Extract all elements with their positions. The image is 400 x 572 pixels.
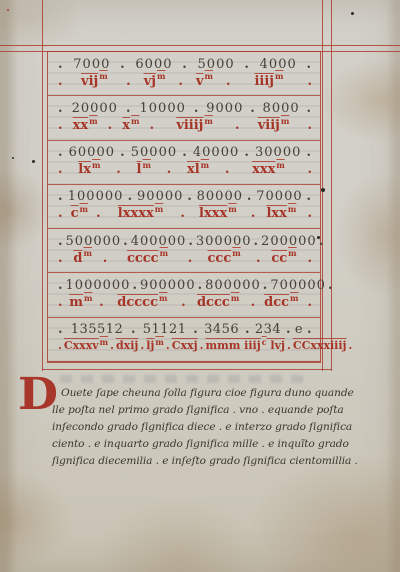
thousand-mark: m: [232, 248, 240, 258]
dot-separator: .: [106, 118, 115, 133]
roman-numeral: ljm: [146, 339, 164, 352]
roman-numeral: xxm: [65, 118, 106, 133]
arabic-number: 7000: [66, 57, 119, 72]
dot-separator: .: [101, 251, 110, 266]
arabic-number: 50000: [128, 145, 181, 160]
thousand-mark: m: [100, 337, 108, 347]
dot-separator: .: [56, 74, 65, 89]
table-row: .60000.50000.40000.30000..lxm.lm.xlm.xxx…: [48, 141, 320, 185]
arabic-number: 9000: [201, 101, 248, 116]
roman-numeral: dm: [65, 251, 101, 266]
thousand-mark: m: [142, 160, 150, 170]
roman-numeral: xlm: [173, 162, 223, 177]
bleed-through-text: [60, 375, 308, 383]
dot-separator: .: [178, 206, 187, 221]
dot-separator: .: [305, 145, 315, 160]
dot-separator: .: [242, 145, 252, 160]
dot-separator: .: [56, 57, 66, 72]
roman-line: .cm.lxxxxm.lxxxm.lxxm.: [56, 206, 314, 222]
arabic-number: 10000: [133, 101, 191, 116]
arabic-line: .1000000.900000.800000.700000.: [56, 278, 314, 294]
arabic-number: 400000: [131, 234, 187, 249]
roman-numeral: xm: [114, 118, 147, 133]
dot-separator: .: [305, 74, 314, 89]
thousand-mark: m: [288, 204, 296, 214]
ink-speck: [32, 160, 35, 163]
arabic-number: 51121: [138, 322, 191, 337]
arabic-number: 500000: [66, 234, 122, 249]
dot-separator: .: [56, 162, 65, 177]
dot-separator: .: [118, 57, 128, 72]
dot-separator: .: [192, 101, 202, 116]
arabic-number: 1000000: [66, 278, 131, 293]
dot-separator: .: [261, 278, 271, 293]
arabic-number: 60000: [66, 145, 119, 160]
number-table: .7000.6000.5000.4000..vijm.vjm.vm.iiijm.…: [47, 51, 321, 363]
dot-separator: .: [56, 206, 65, 221]
roman-numeral: lxxxxm: [103, 206, 179, 221]
right-ruling-line-inner: [322, 0, 323, 371]
dot-separator: .: [305, 162, 314, 177]
dot-separator: .: [249, 295, 258, 310]
left-ruling-line: [42, 0, 43, 371]
dot-separator: .: [179, 295, 188, 310]
roman-numeral: lxxm: [257, 206, 305, 221]
roman-numeral: lm: [123, 162, 165, 177]
dot-separator: .: [56, 234, 66, 249]
arabic-line: .100000.90000.80000.70000.: [56, 189, 314, 205]
dot-separator: .: [56, 118, 65, 133]
arabic-number: 135512: [65, 322, 129, 337]
arabic-line: .500000.400000.300000.200000.: [56, 234, 314, 250]
thousand-mark: m: [155, 337, 163, 347]
explanatory-paragraph: Ouete ſape cheuna ſolla figura cioe figu…: [52, 385, 322, 470]
dot-separator: .: [304, 101, 314, 116]
dot-separator: .: [56, 145, 66, 160]
dot-separator: .: [180, 145, 190, 160]
ink-speck: [351, 12, 354, 15]
roman-numeral: ccm: [263, 251, 306, 266]
arabic-line: .20000.10000.9000.8000.: [56, 101, 314, 117]
dot-separator: .: [56, 189, 66, 204]
arabic-number: 700000: [270, 278, 326, 293]
table-bottom-outer-line: [42, 369, 332, 370]
dot-separator: .: [305, 206, 314, 221]
dot-separator: .: [347, 339, 355, 352]
dot-separator: .: [248, 101, 258, 116]
roman-numeral: mmm iiijc lvj: [205, 339, 285, 352]
paragraph-line: ſignifica diecemilia . e inſeſto grado ſ…: [52, 453, 322, 470]
dot-separator: .: [305, 251, 314, 266]
roman-numeral: lxm: [65, 162, 115, 177]
dot-separator: .: [124, 101, 134, 116]
dot-separator: .: [56, 278, 66, 293]
arabic-number: 80000: [195, 189, 245, 204]
arabic-number: 800000: [205, 278, 261, 293]
thousand-mark: m: [155, 204, 163, 214]
dot-separator: .: [198, 339, 206, 352]
manuscript-page: .7000.6000.5000.4000..vijm.vjm.vm.iiijm.…: [0, 0, 400, 572]
table-row: .1000000.900000.800000.700000..mm.dccccm…: [48, 273, 320, 317]
paragraph-line: lle poſta nel primo grado ſignifica . vn…: [52, 402, 322, 419]
dot-separator: .: [254, 251, 263, 266]
dot-separator: .: [138, 339, 146, 352]
table-row: .100000.90000.80000.70000..cm.lxxxxm.lxx…: [48, 185, 320, 229]
thousand-mark: m: [231, 293, 239, 303]
dot-separator: .: [176, 74, 185, 89]
dot-separator: .: [114, 162, 123, 177]
dot-separator: .: [191, 322, 200, 337]
thousand-mark: m: [201, 160, 209, 170]
dot-separator: .: [252, 234, 262, 249]
roman-numeral: ccccm: [109, 251, 185, 266]
arabic-number: 5000: [190, 57, 243, 72]
paragraph-line: inſecondo grado ſignifica diece . e inte…: [52, 419, 322, 436]
dot-separator: .: [56, 251, 65, 266]
dot-separator: .: [148, 118, 157, 133]
arabic-number: 70000: [254, 189, 304, 204]
thousand-mark: m: [205, 71, 213, 81]
table-row: .7000.6000.5000.4000..vijm.vjm.vm.iiijm.: [48, 52, 320, 96]
dot-separator: .: [164, 339, 172, 352]
dot-separator: .: [242, 57, 252, 72]
roman-numeral: vjm: [133, 74, 177, 89]
thousand-mark: m: [89, 116, 97, 126]
thousand-mark: m: [288, 248, 296, 258]
dot-separator: .: [129, 322, 138, 337]
dot-separator: .: [94, 206, 103, 221]
ink-speck: [317, 236, 320, 239]
dot-separator: .: [180, 57, 190, 72]
arabic-number: 20000: [66, 101, 124, 116]
thousand-mark: m: [276, 160, 284, 170]
dot-separator: .: [126, 189, 136, 204]
roman-numeral: iiijm: [233, 74, 306, 89]
dot-separator: .: [124, 74, 133, 89]
table-row: .500000.400000.300000.200000..dm.ccccm.c…: [48, 229, 320, 273]
roman-numeral: xxxm: [231, 162, 305, 177]
thousand-mark: m: [99, 71, 107, 81]
roman-line: .dm.ccccm.cccm.ccm.: [56, 251, 314, 267]
red-speck: [7, 9, 9, 11]
ink-speck: [12, 157, 14, 159]
dot-separator: .: [249, 206, 258, 221]
dot-separator: .: [326, 278, 336, 293]
dot-separator: .: [185, 189, 195, 204]
thousand-mark: m: [92, 160, 100, 170]
roman-numeral: dcccm: [188, 295, 249, 310]
roman-numeral: CCxxxiiij: [293, 339, 347, 352]
arabic-number: 6000: [128, 57, 181, 72]
dot-separator: .: [56, 295, 65, 310]
dot-separator: .: [121, 234, 131, 249]
arabic-line: .60000.50000.40000.30000.: [56, 145, 314, 161]
thousand-mark: m: [228, 204, 236, 214]
dot-separator: .: [224, 74, 233, 89]
dot-separator: .: [186, 251, 195, 266]
roman-line: .Cxxxvm.dxij.ljm.Cxxj.mmm iiijc lvj.CCxx…: [56, 339, 314, 355]
roman-numeral: Cxxxvm: [64, 339, 108, 352]
roman-numeral: dccccm: [106, 295, 180, 310]
dot-separator: .: [305, 295, 314, 310]
thousand-mark: m: [204, 116, 212, 126]
thousand-mark: m: [160, 248, 168, 258]
thousand-mark: m: [159, 293, 167, 303]
arabic-number: 100000: [66, 189, 126, 204]
arabic-number: 234: [252, 322, 284, 337]
roman-line: .vijm.vjm.vm.iiijm.: [56, 74, 314, 90]
roman-line: .mm.dccccm.dcccm.dccm.: [56, 295, 314, 311]
dot-separator: .: [243, 322, 252, 337]
dot-separator: .: [186, 234, 196, 249]
roman-numeral: vm: [185, 74, 224, 89]
arabic-number: 90000: [135, 189, 185, 204]
dot-separator: .: [245, 189, 255, 204]
paragraph-line: ciento . e inquarto grado ſignifica mill…: [52, 436, 322, 453]
dot-separator: .: [118, 145, 128, 160]
thousand-mark: m: [290, 293, 298, 303]
arabic-number: 4000: [252, 57, 305, 72]
roman-numeral: Cxxj: [172, 339, 198, 352]
table-row: .135512.51121.3456.234.e..Cxxxvm.dxij.lj…: [48, 318, 320, 362]
dot-separator: .: [56, 339, 64, 352]
arabic-number: 200000: [261, 234, 317, 249]
dot-separator: .: [56, 322, 65, 337]
dot-separator: .: [305, 322, 314, 337]
right-ruling-line-outer: [331, 0, 332, 371]
roman-numeral: viiijm: [156, 118, 233, 133]
dot-separator: .: [304, 189, 314, 204]
roman-line: .lxm.lm.xlm.xxxm.: [56, 162, 314, 178]
dot-separator: .: [305, 57, 315, 72]
table-row: .20000.10000.9000.8000..xxm.xm.viiijm.vi…: [48, 96, 320, 140]
top-ruling-line-1: [0, 45, 400, 46]
dot-separator: .: [305, 118, 314, 133]
arabic-number: 8000: [258, 101, 305, 116]
ink-speck: [321, 188, 325, 192]
dot-separator: .: [285, 339, 293, 352]
dot-separator: .: [108, 339, 116, 352]
thousand-mark: c: [262, 337, 267, 347]
dot-separator: .: [196, 278, 206, 293]
roman-numeral: cm: [65, 206, 95, 221]
dot-separator: .: [165, 162, 174, 177]
dot-separator: .: [56, 101, 66, 116]
thousand-mark: m: [84, 293, 92, 303]
roman-numeral: viijm: [242, 118, 306, 133]
roman-numeral: lxxxm: [187, 206, 249, 221]
dot-separator: .: [97, 295, 106, 310]
thousand-mark: m: [275, 71, 283, 81]
arabic-number: 3456: [200, 322, 243, 337]
dot-separator: .: [130, 278, 140, 293]
arabic-number: e: [293, 322, 305, 337]
dot-separator: .: [233, 118, 242, 133]
arabic-number: 300000: [196, 234, 252, 249]
arabic-line: .135512.51121.3456.234.e.: [56, 322, 314, 338]
roman-numeral: vijm: [65, 74, 125, 89]
thousand-mark: m: [131, 116, 139, 126]
dot-separator: .: [284, 322, 293, 337]
paragraph-line: Ouete ſape cheuna ſolla figura cioe figu…: [52, 385, 322, 402]
roman-numeral: dccm: [257, 295, 305, 310]
arabic-number: 30000: [252, 145, 305, 160]
thousand-mark: m: [83, 248, 91, 258]
roman-numeral: cccm: [194, 251, 254, 266]
dot-separator: .: [223, 162, 232, 177]
thousand-mark: m: [281, 116, 289, 126]
thousand-mark: m: [157, 71, 165, 81]
roman-numeral: mm: [65, 295, 98, 310]
roman-numeral: dxij: [116, 339, 138, 352]
roman-line: .xxm.xm.viiijm.viijm.: [56, 118, 314, 134]
arabic-number: 40000: [190, 145, 243, 160]
arabic-number: 900000: [140, 278, 196, 293]
thousand-mark: m: [80, 204, 88, 214]
